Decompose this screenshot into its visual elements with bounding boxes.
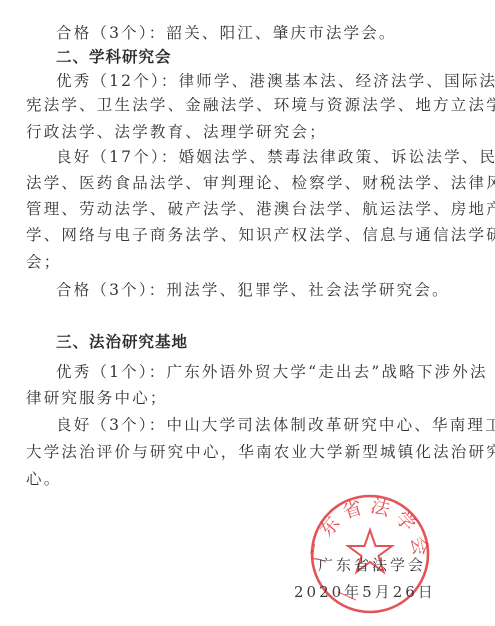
signature-date: 2020年5月26日 <box>294 581 436 602</box>
text-line-10: 会； <box>26 250 61 274</box>
signature-organization: 广东省法学会 <box>318 554 426 575</box>
text-line-6: 良好（17个）：婚姻法学、禁毒法律政策、诉讼法学、民商 <box>56 145 495 169</box>
text-line-9: 学、网络与电子商务法学、知识产权法学、信息与通信法学研究 <box>26 223 495 247</box>
text-line-13: 优秀（1个）：广东外语外贸大学“走出去”战略下涉外法 <box>56 360 488 384</box>
text-line-15: 良好（3个）：中山大学司法体制改革研究中心、华南理工 <box>56 413 495 437</box>
section-heading-3: 三、法治研究基地 <box>56 330 188 354</box>
text-line-4: 宪法学、卫生法学、金融法学、环境与资源法学、地方立法学、 <box>26 93 495 117</box>
text-line-8: 管理、劳动法学、破产法学、港澳台法学、航运法学、房地产法 <box>26 197 495 221</box>
text-line-1: 合格（3个）：韶关、阳江、肇庆市法学会。 <box>56 21 397 45</box>
text-line-7: 法学、医药食品法学、审判理论、检察学、财税法学、法律风险 <box>26 171 495 195</box>
text-line-11: 合格（3个）：刑法学、犯罪学、社会法学研究会。 <box>56 278 450 302</box>
text-line-5: 行政法学、法学教育、法理学研究会； <box>26 120 327 144</box>
text-line-3: 优秀（12个）：律师学、港澳基本法、经济法学、国际法学、 <box>56 69 495 93</box>
text-line-14: 律研究服务中心； <box>26 386 168 410</box>
text-line-16: 大学法治评价与研究中心，华南农业大学新型城镇化法治研究中 <box>26 440 495 464</box>
text-line-17: 心。 <box>26 467 61 491</box>
section-heading-2: 二、学科研究会 <box>56 45 172 69</box>
